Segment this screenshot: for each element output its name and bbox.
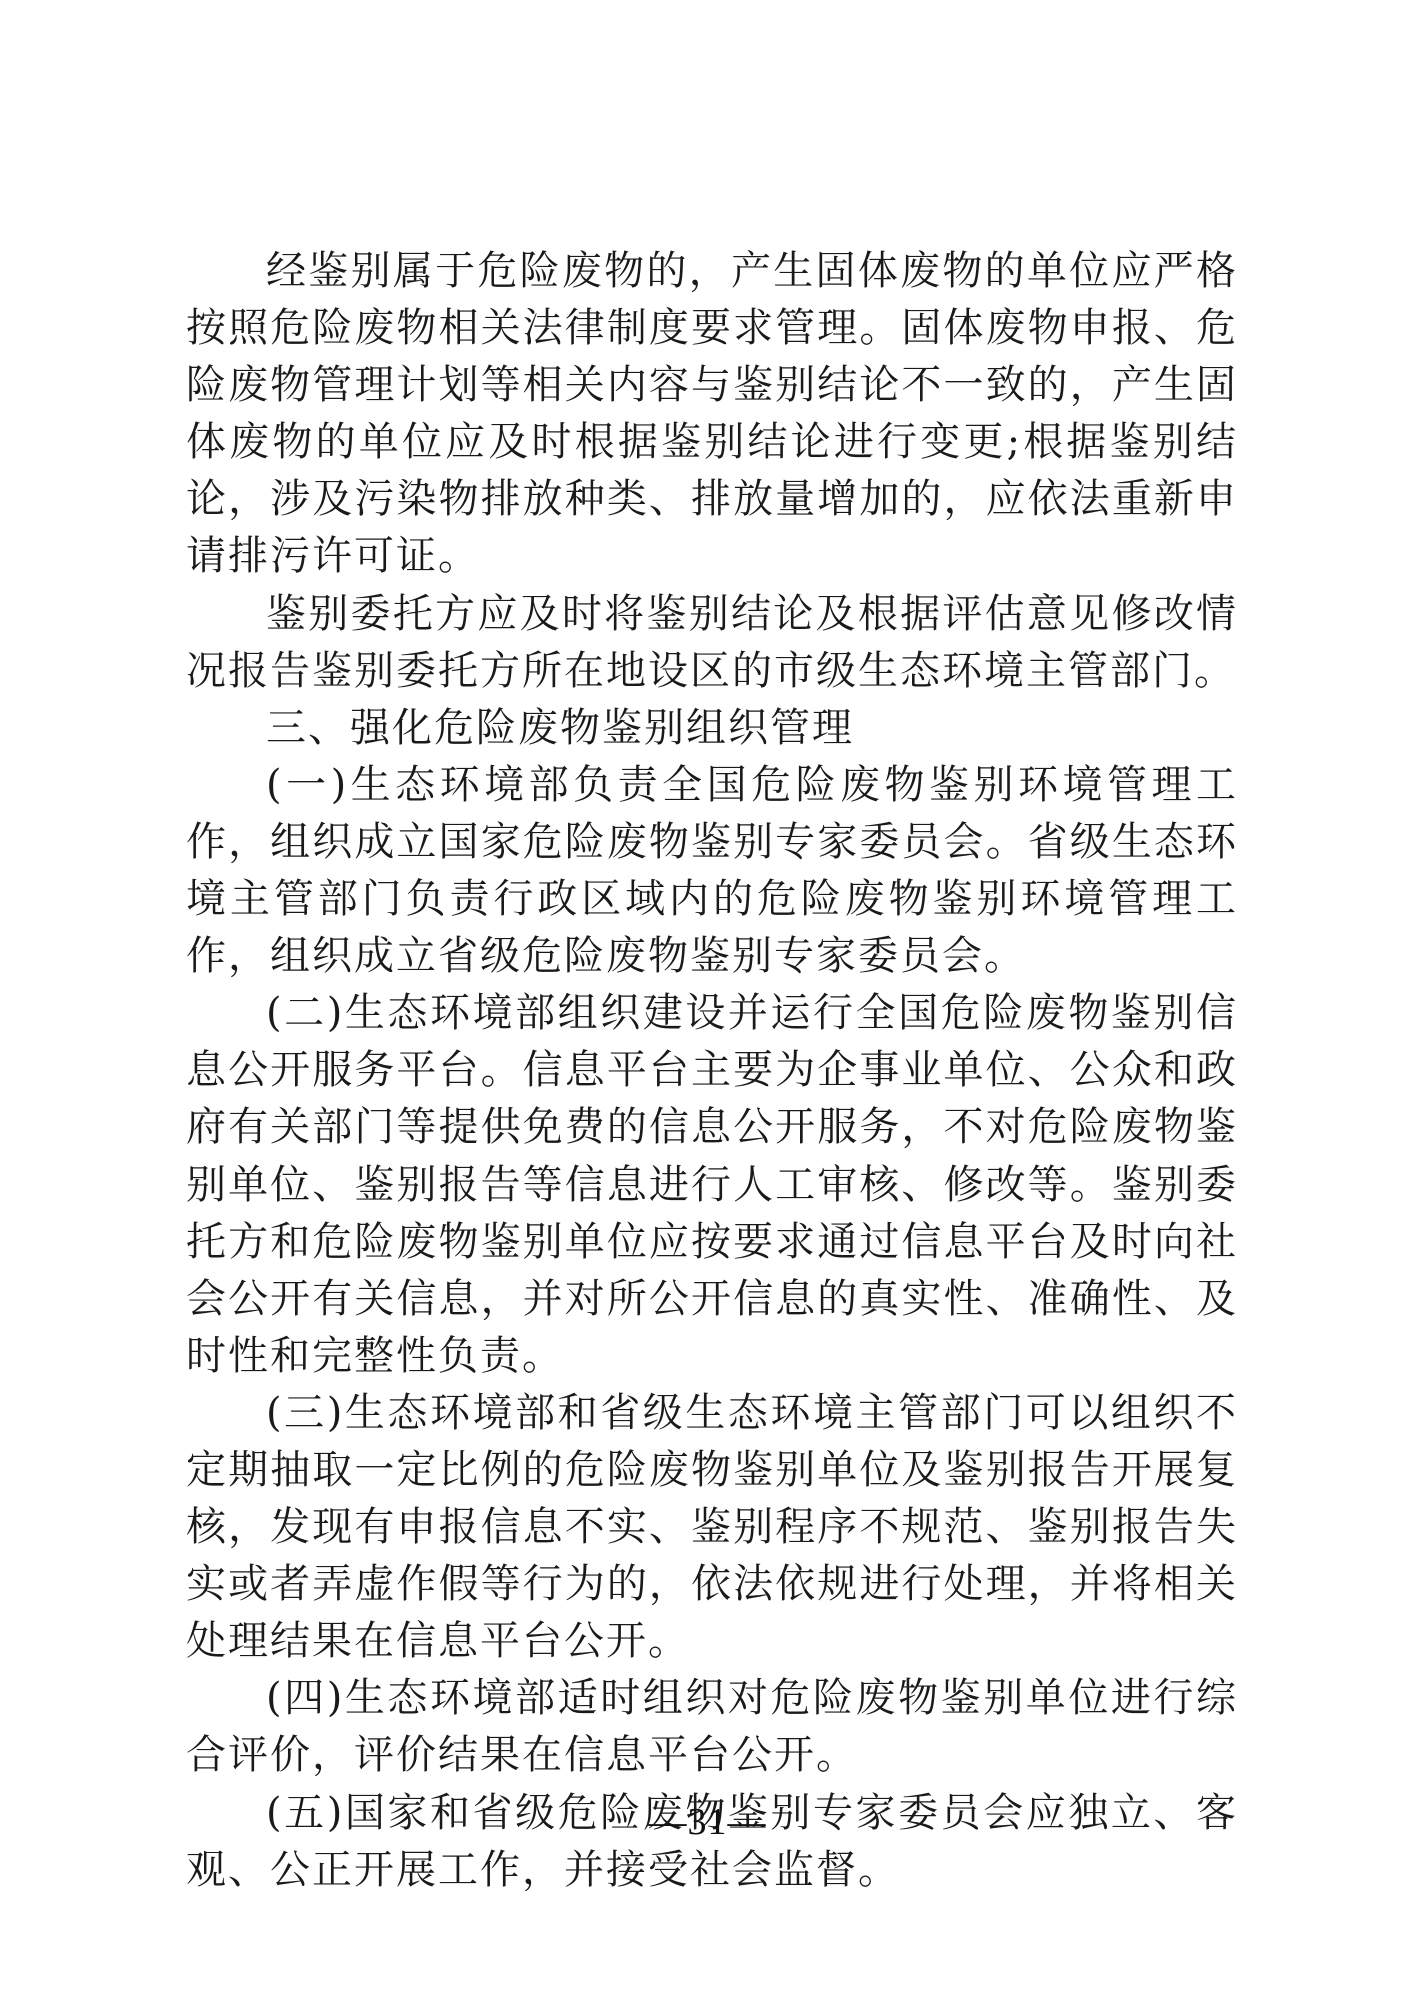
- paragraph-hazardous-waste-management: 经鉴别属于危险废物的，产生固体废物的单位应严格按照危险废物相关法律制度要求管理。…: [186, 243, 1238, 586]
- document-page: 经鉴别属于危险废物的，产生固体废物的单位应严格按照危险废物相关法律制度要求管理。…: [0, 0, 1415, 2000]
- paragraph-item-1: (一)生态环境部负责全国危险废物鉴别环境管理工作，组织成立国家危险废物鉴别专家委…: [186, 757, 1238, 985]
- paragraph-item-3: (三)生态环境部和省级生态环境主管部门可以组织不定期抽取一定比例的危险废物鉴别单…: [186, 1385, 1238, 1670]
- paragraph-item-2: (二)生态环境部组织建设并运行全国危险废物鉴别信息公开服务平台。信息平台主要为企…: [186, 985, 1238, 1385]
- paragraph-item-4: (四)生态环境部适时组织对危险废物鉴别单位进行综合评价，评价结果在信息平台公开。: [186, 1670, 1238, 1784]
- paragraph-report-to-authority: 鉴别委托方应及时将鉴别结论及根据评估意见修改情况报告鉴别委托方所在地设区的市级生…: [186, 586, 1238, 700]
- page-number: —31—: [0, 1800, 1415, 1844]
- section-heading-3: 三、强化危险废物鉴别组织管理: [186, 700, 1238, 757]
- document-body: 经鉴别属于危险废物的，产生固体废物的单位应严格按照危险废物相关法律制度要求管理。…: [186, 243, 1238, 1899]
